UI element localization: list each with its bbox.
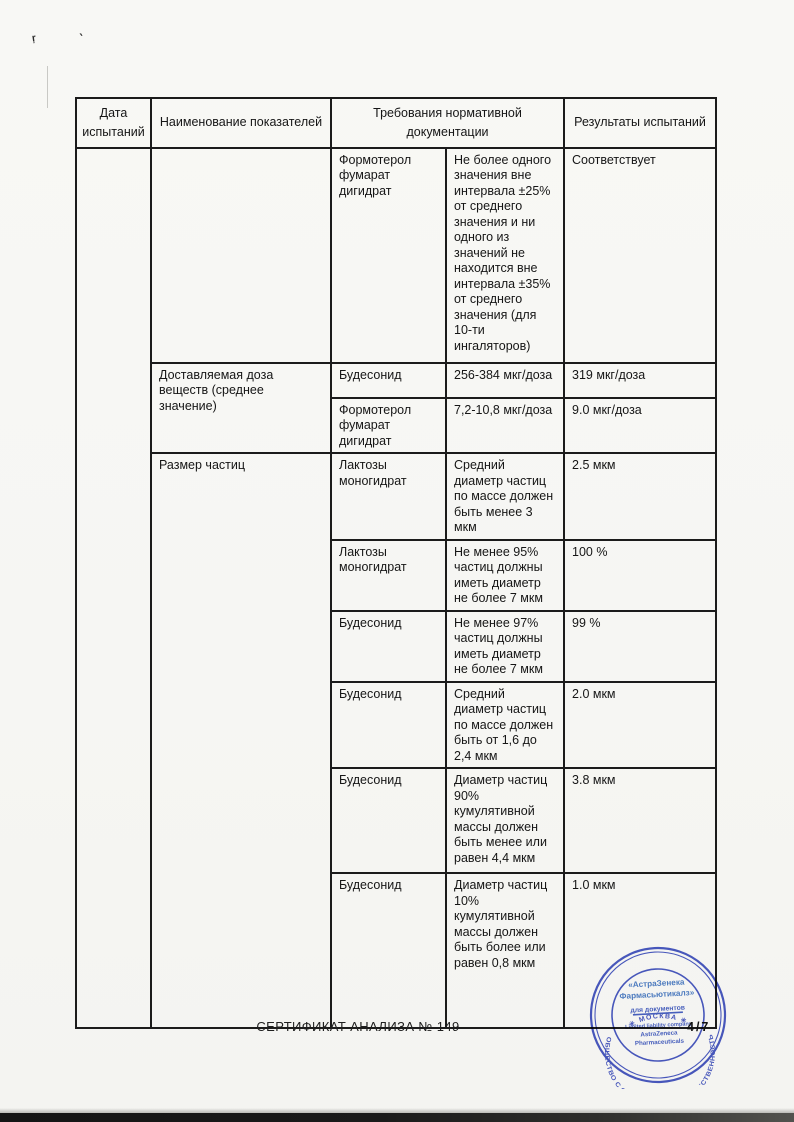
substance-cell: Формотерол фумарат дигидрат <box>331 398 446 454</box>
scan-mark: ` <box>76 31 84 47</box>
column-header-date: Дата испытаний <box>76 98 151 148</box>
requirement-cell: 256-384 мкг/доза <box>446 363 564 398</box>
result-cell: 100 % <box>564 540 716 611</box>
certificate-title: СЕРТИФИКАТ АНАЛИЗА № 149 <box>75 1019 641 1034</box>
column-header-indicator: Наименование показателей <box>151 98 331 148</box>
stamp-en-line3: Pharmaceuticals <box>635 1038 685 1048</box>
substance-cell: Будесонид <box>331 873 446 1028</box>
table-row: Формотерол фумарат дигидрат Не более одн… <box>76 148 716 363</box>
requirement-cell: Средний диаметр частиц по массе должен б… <box>446 453 564 540</box>
substance-cell: Формотерол фумарат дигидрат <box>331 148 446 363</box>
result-cell: 3.8 мкм <box>564 768 716 873</box>
stamp-company-line2: Фармасьютикалз» <box>619 988 695 1001</box>
scanned-page: ŗ ` Дата испытаний Наименование показате… <box>0 0 794 1122</box>
requirement-cell: Диаметр частиц 10% кумулятивной массы до… <box>446 873 564 1028</box>
astrazeneca-stamp: ОБЩЕСТВО С ОГРАНИЧЕННОЙ ОТВЕТСТВЕННОСТЬЮ… <box>582 939 733 1090</box>
indicator-group-cell <box>151 148 331 363</box>
table-header-row: Дата испытаний Наименование показателей … <box>76 98 716 148</box>
substance-cell: Будесонид <box>331 768 446 873</box>
result-cell: 2.0 мкм <box>564 682 716 769</box>
table-row: Размер частиц Лактозы моногидрат Средний… <box>76 453 716 540</box>
analysis-table: Дата испытаний Наименование показателей … <box>75 97 717 1029</box>
result-cell: 9.0 мкг/доза <box>564 398 716 454</box>
requirement-cell: Не менее 95% частиц должны иметь диаметр… <box>446 540 564 611</box>
requirement-cell: Средний диаметр частиц по массе должен б… <box>446 682 564 769</box>
stamp-en-line2: AstraZeneca <box>640 1029 678 1038</box>
scan-mark: ŗ <box>31 33 36 44</box>
date-column-cell <box>76 148 151 1029</box>
stamp-company-line1: «АстраЗенека <box>628 978 685 990</box>
indicator-group-cell: Размер частиц <box>151 453 331 1028</box>
table-row: Доставляемая доза веществ (среднее значе… <box>76 363 716 398</box>
scan-line-artifact <box>47 66 48 108</box>
requirement-cell: 7,2-10,8 мкг/доза <box>446 398 564 454</box>
substance-cell: Будесонид <box>331 682 446 769</box>
result-cell: 319 мкг/доза <box>564 363 716 398</box>
result-cell: Соответствует <box>564 148 716 363</box>
substance-cell: Лактозы моногидрат <box>331 453 446 540</box>
requirement-cell: Не менее 97% частиц должны иметь диаметр… <box>446 611 564 682</box>
substance-cell: Лактозы моногидрат <box>331 540 446 611</box>
indicator-group-cell: Доставляемая доза веществ (среднее значе… <box>151 363 331 454</box>
result-cell: 2.5 мкм <box>564 453 716 540</box>
requirement-cell: Не более одного значения вне интервала ±… <box>446 148 564 363</box>
requirement-cell: Диаметр частиц 90% кумулятивной массы до… <box>446 768 564 873</box>
substance-cell: Будесонид <box>331 611 446 682</box>
scan-bottom-edge <box>0 1113 794 1122</box>
column-header-results: Результаты испытаний <box>564 98 716 148</box>
column-header-requirements: Требования нормативной документации <box>331 98 564 148</box>
page-number: 4/7 <box>687 1020 710 1034</box>
result-cell: 99 % <box>564 611 716 682</box>
substance-cell: Будесонид <box>331 363 446 398</box>
